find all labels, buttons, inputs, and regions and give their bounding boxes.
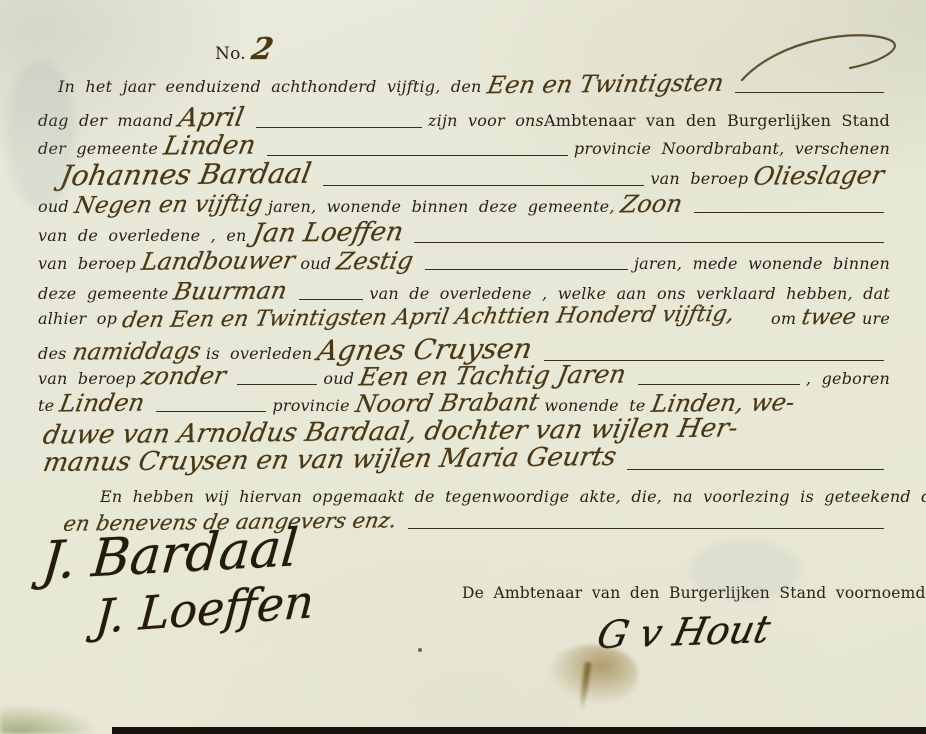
handwritten-text: Zestig — [334, 247, 415, 276]
printed-text: jaren, wonende binnen deze gemeente, — [268, 197, 615, 216]
handwritten-text: manus Cruysen en van wijlen Maria Geurts — [41, 442, 619, 478]
ink-stain-streak — [577, 662, 594, 711]
form-line: duwe van Arnoldus Bardaal, dochter van w… — [38, 417, 890, 447]
signature-official: G v Hout — [593, 607, 774, 657]
blank-rule — [627, 467, 884, 470]
form-line: deze gemeenteBuurmanvan de overledene , … — [38, 277, 890, 305]
blank-rule — [267, 153, 568, 156]
printed-text: provincie — [272, 396, 349, 415]
blank-rule — [425, 267, 628, 270]
death-certificate-page: No. 2 In het jaar eenduizend achthonderd… — [0, 0, 926, 734]
form-line: van beroepzonderoudEen en Tachtig Jaren,… — [38, 361, 890, 390]
printed-text: En hebben wij hiervan opgemaakt de tegen… — [100, 487, 926, 506]
blank-rule — [638, 382, 800, 385]
handwritten-text: Landbouwer — [139, 246, 297, 276]
printed-text: van beroep — [650, 169, 748, 188]
handwritten-text: Linden — [58, 389, 147, 418]
blank-rule — [256, 125, 422, 128]
printed-text: , geboren — [806, 369, 890, 388]
handwritten-text: Negen en vijftig — [72, 191, 264, 219]
handwritten-text: den Een en Twintigsten April Achttien Ho… — [120, 302, 736, 333]
printed-text: deze gemeente — [38, 284, 168, 303]
handwritten-text: Johannes Bardaal — [58, 157, 314, 193]
act-number: No. 2 — [215, 32, 279, 67]
printed-text: der gemeente — [38, 139, 158, 158]
official-caption: De Ambtenaar van den Burgerlijken Stand … — [462, 584, 926, 602]
form-line: manus Cruysen en van wijlen Maria Geurts — [38, 445, 890, 475]
printed-text: oud — [323, 369, 354, 388]
printed-text: te — [38, 396, 54, 415]
official-caption-line: De Ambtenaar van den Burgerlijken Stand … — [462, 584, 926, 602]
printed-text: oud — [300, 254, 331, 273]
blank-rule — [299, 297, 363, 300]
blank-rule — [735, 90, 884, 93]
handwritten-text: April — [176, 103, 246, 134]
handwritten-text: twee — [800, 305, 858, 331]
blank-rule — [694, 210, 884, 213]
printed-text: jaren, mede wonende binnen — [634, 254, 890, 273]
printed-text: om — [771, 309, 796, 328]
form-line: Johannes Bardaalvan beroepOlieslager — [55, 158, 890, 191]
form-line: van beroepLandbouweroudZestigjaren, mede… — [38, 247, 890, 275]
blank-rule — [237, 382, 317, 385]
scan-edge-black-bar — [112, 727, 926, 734]
form-line: van de overledene , enJan Loeffen — [38, 218, 890, 248]
form-line: alhier opden Een en Twintigsten April Ac… — [38, 305, 890, 330]
printed-text: van de overledene , en — [38, 226, 247, 245]
handwritten-text: Zoon — [618, 190, 684, 219]
form-line: In het jaar eenduizend achthonderd vijft… — [58, 70, 890, 98]
form-line: teLindenprovincieNoord Brabantwonende te… — [38, 389, 890, 417]
ink-speck — [418, 648, 422, 652]
handwritten-text: Buurman — [172, 276, 290, 305]
printed-text: van de overledene , welke aan ons verkla… — [369, 284, 890, 303]
printed-text: Ambtenaar van den Burgerlijken Stand — [544, 111, 890, 130]
printed-text: van beroep — [38, 369, 136, 388]
printed-text: In het jaar eenduizend achthonderd vijft… — [58, 77, 482, 96]
printed-text: dag der maand — [38, 111, 173, 130]
form-line: En hebben wij hiervan opgemaakt de tegen… — [100, 487, 890, 506]
blank-rule — [323, 183, 645, 186]
handwritten-text: Jan Loeffen — [250, 217, 406, 249]
blank-rule — [156, 409, 266, 412]
form-line: der gemeenteLindenprovincie Noordbrabant… — [38, 131, 890, 161]
printed-text: van beroep — [38, 254, 136, 273]
spacer — [739, 323, 771, 324]
handwritten-text: Olieslager — [751, 160, 886, 190]
printed-text: provincie Noordbrabant, verschenen — [574, 139, 890, 158]
printed-text: ure — [862, 309, 890, 328]
printed-text: oud — [38, 197, 69, 216]
act-number-label: No. — [215, 44, 246, 64]
scan-edge-discoloration — [0, 706, 95, 734]
form-line: oudNegen en vijftigjaren, wonende binnen… — [38, 190, 890, 218]
handwritten-text: Noord Brabant — [353, 388, 541, 418]
printed-text: alhier op — [38, 309, 117, 328]
printed-text: wonende te — [544, 396, 645, 415]
blank-rule — [408, 526, 884, 529]
handwritten-text: zonder — [139, 362, 228, 391]
printed-text: zijn voor ons — [428, 111, 544, 130]
act-number-value: 2 — [249, 32, 276, 67]
handwritten-text: Een en Tachtig Jaren — [357, 360, 628, 392]
blank-rule — [414, 240, 884, 243]
form-line: dag der maandAprilzijn voor onsAmbtenaar… — [38, 103, 890, 133]
handwritten-text: Een en Twintigsten — [485, 69, 726, 99]
